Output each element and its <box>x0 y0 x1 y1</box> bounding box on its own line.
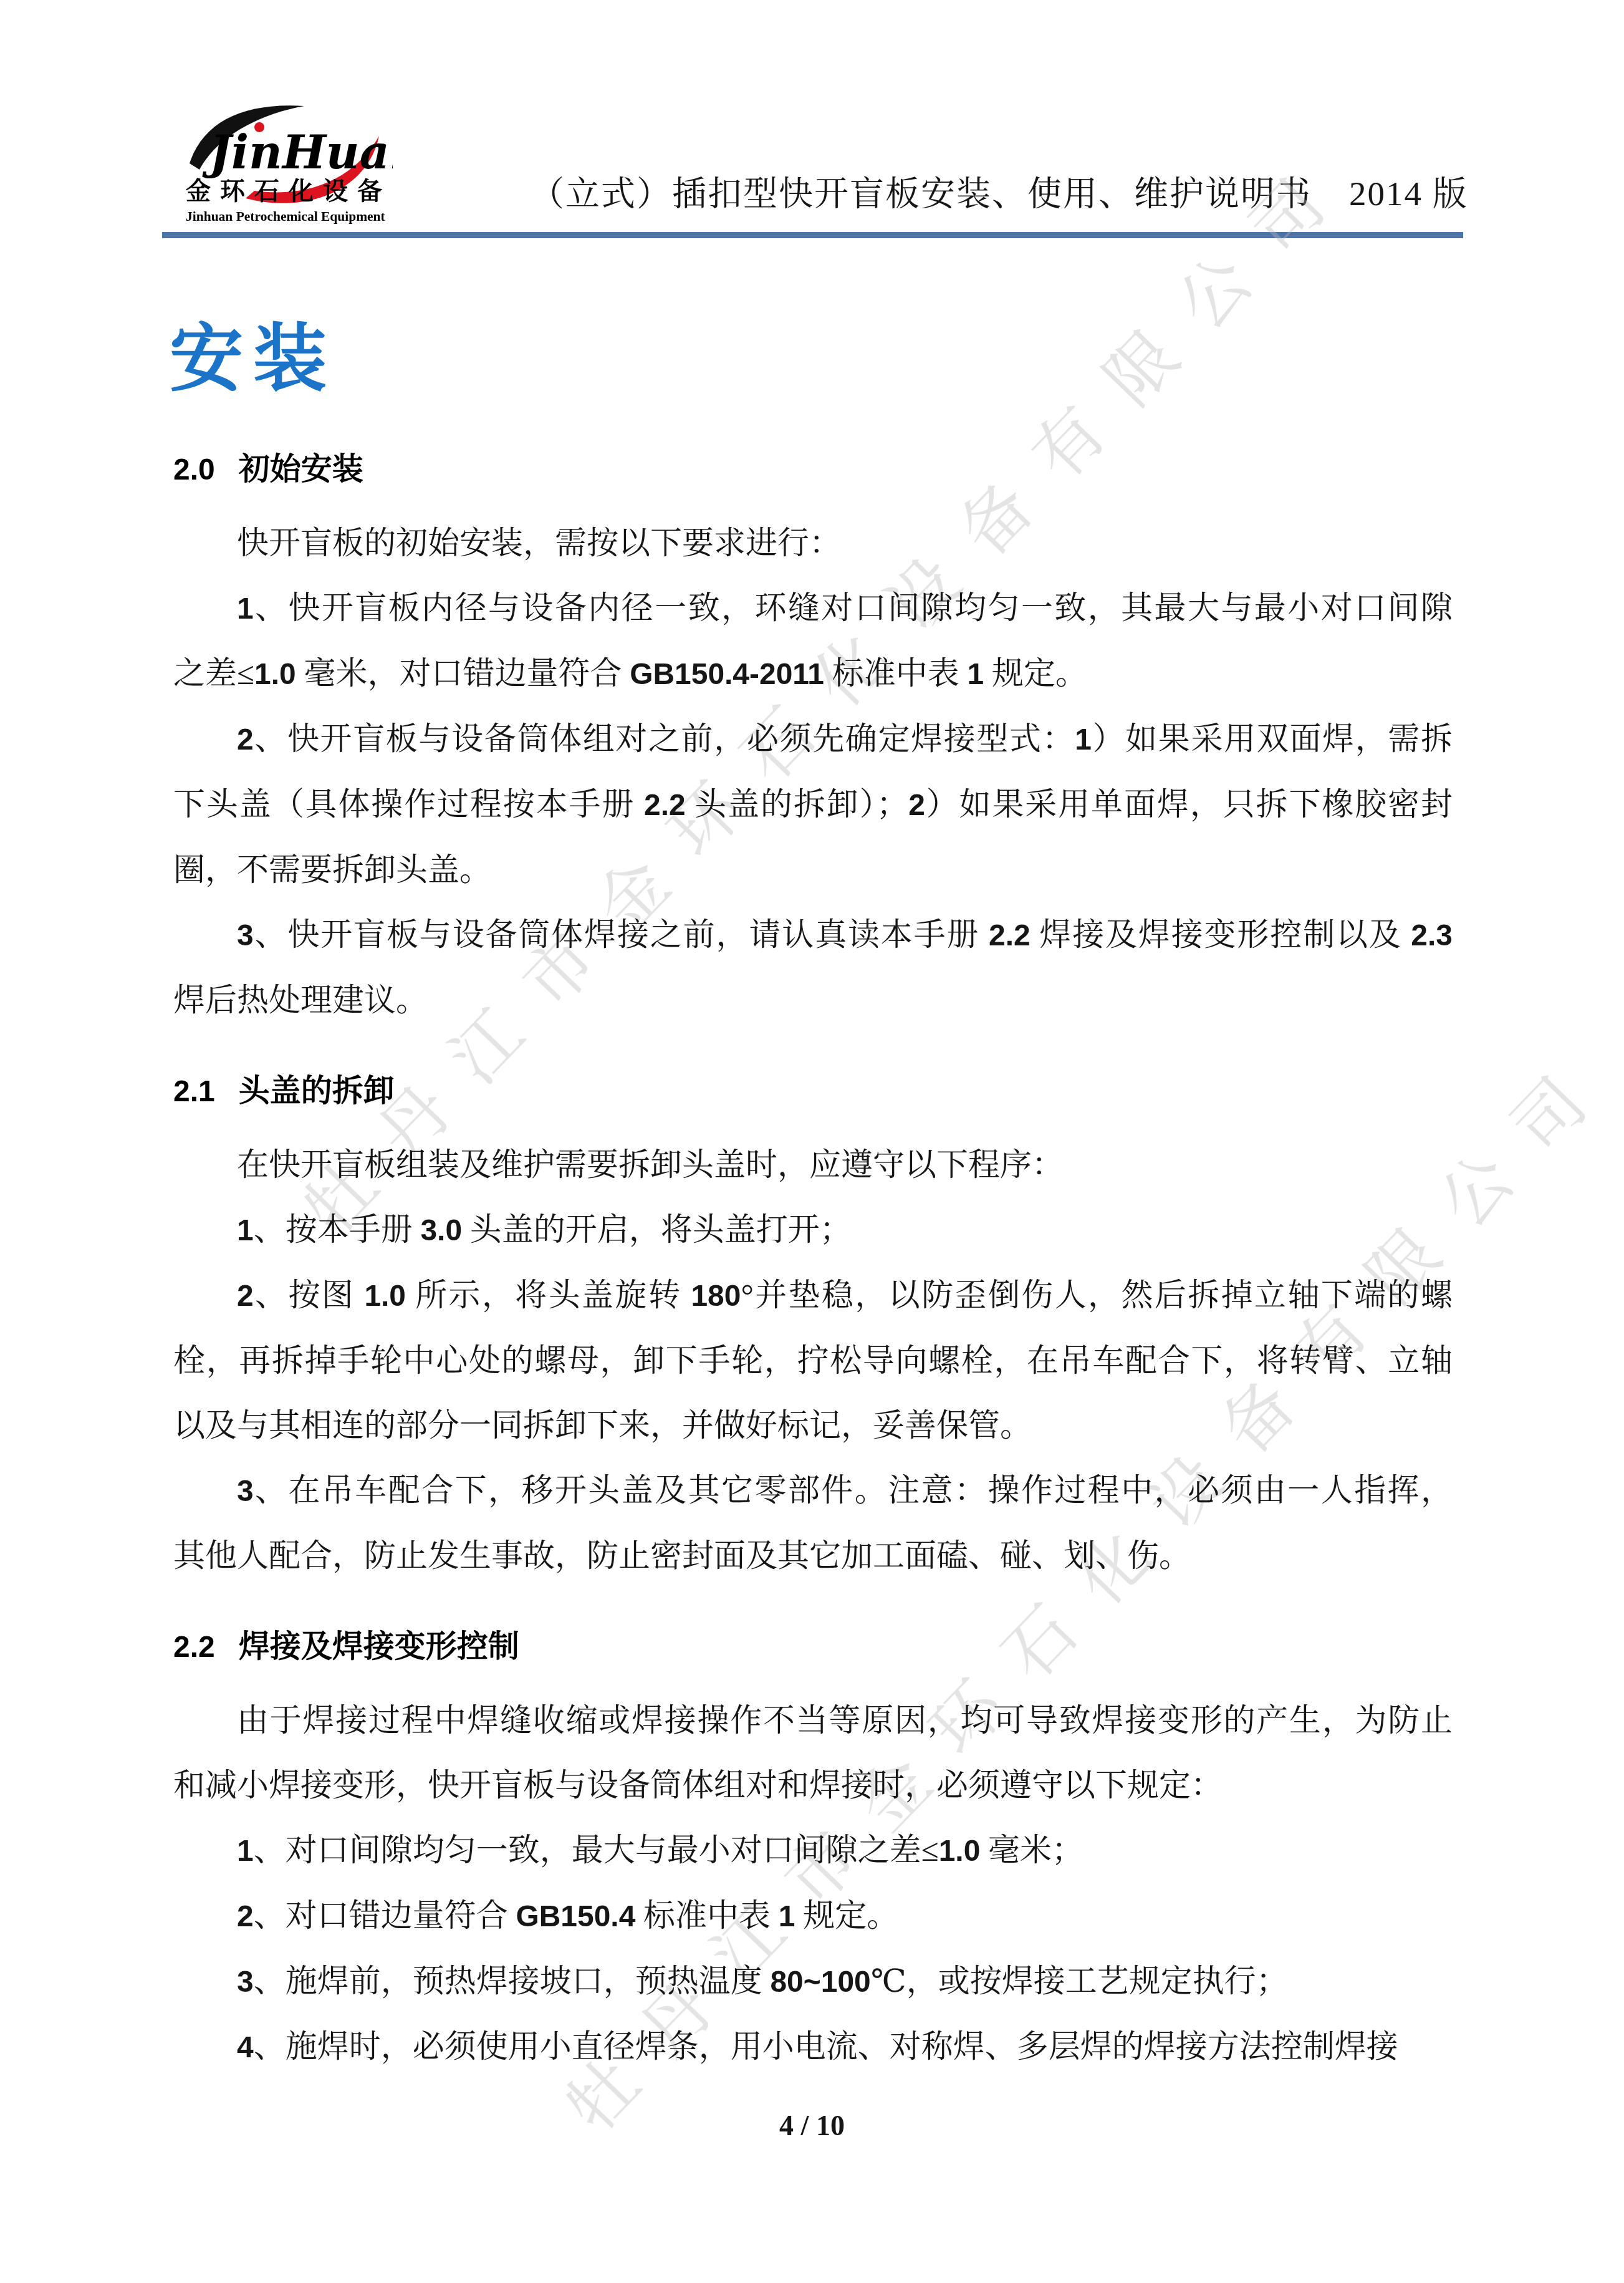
logo-graphic: JinHuan 金环石化设备 Jinhuan Petrochemical Equ… <box>181 99 393 226</box>
body-line: 和减小焊接变形，快开盲板与设备筒体组对和焊接时，必须遵守以下规定： <box>173 1754 1453 1818</box>
section-2.1: 2.1头盖的拆卸在快开盲板组装及维护需要拆卸头盖时，应遵守以下程序：1、按本手册… <box>173 1058 1453 1589</box>
section-heading: 2.2焊接及焊接变形控制 <box>173 1614 1453 1680</box>
body-line: 其他人配合，防止发生事故，防止密封面及其它加工面磕、碰、划、伤。 <box>173 1524 1453 1589</box>
body-line: 3、施焊前，预热焊接坡口，预热温度 80~100℃，或按焊接工艺规定执行； <box>173 1949 1453 2015</box>
page-number: 4 / 10 <box>0 2109 1624 2142</box>
body-line: 下头盖（具体操作过程按本手册 2.2 头盖的拆卸）；2）如果采用单面焊，只拆下橡… <box>173 773 1453 838</box>
section-title: 头盖的拆卸 <box>239 1073 395 1108</box>
logo-brand-en: Jinhuan Petrochemical Equipment <box>186 209 386 224</box>
section-number: 2.2 <box>173 1631 215 1664</box>
body-line: 2、快开盲板与设备筒体组对之前，必须先确定焊接型式：1）如果采用双面焊，需拆 <box>173 707 1453 773</box>
document-title: （立式）插扣型快开盲板安装、使用、维护说明书 <box>530 166 1312 215</box>
company-logo: JinHuan 金环石化设备 Jinhuan Petrochemical Equ… <box>181 99 393 226</box>
page-title: 安装 <box>170 316 337 404</box>
section-2.0: 2.0初始安装快开盲板的初始安装，需按以下要求进行：1、快开盲板内径与设备内径一… <box>173 437 1453 1033</box>
section-2.2: 2.2焊接及焊接变形控制由于焊接过程中焊缝收缩或焊接操作不当等原因，均可导致焊接… <box>173 1614 1453 2080</box>
body-line: 快开盲板的初始安装，需按以下要求进行： <box>173 511 1453 576</box>
body-line: 圈，不需要拆卸头盖。 <box>173 838 1453 903</box>
body-line: 2、按图 1.0 所示，将头盖旋转 180°并垫稳，以防歪倒伤人，然后拆掉立轴下… <box>173 1263 1453 1329</box>
section-title: 焊接及焊接变形控制 <box>239 1629 519 1664</box>
section-heading: 2.1头盖的拆卸 <box>173 1058 1453 1124</box>
edition-label: 2014 版 <box>1349 166 1468 215</box>
manual-body: 2.0初始安装快开盲板的初始安装，需按以下要求进行：1、快开盲板内径与设备内径一… <box>173 437 1453 2080</box>
body-line: 1、按本手册 3.0 头盖的开启，将头盖打开； <box>173 1198 1453 1263</box>
body-line: 3、快开盲板与设备筒体焊接之前，请认真读本手册 2.2 焊接及焊接变形控制以及 … <box>173 903 1453 968</box>
body-line: 焊后热处理建议。 <box>173 968 1453 1033</box>
logo-brand-cn: 金环石化设备 <box>186 177 392 205</box>
body-line: 在快开盲板组装及维护需要拆卸头盖时，应遵守以下程序： <box>173 1133 1453 1198</box>
document-header: （立式）插扣型快开盲板安装、使用、维护说明书 2014 版 <box>530 166 1464 215</box>
section-title: 初始安装 <box>239 451 363 486</box>
body-line: 2、对口错边量符合 GB150.4 标准中表 1 规定。 <box>173 1884 1453 1949</box>
manual-page: 牡丹江市金环石化设备有限公司 牡丹江市金环石化设备有限公司 JinHuan 金环… <box>0 0 1624 2283</box>
section-number: 2.1 <box>173 1075 215 1108</box>
section-number: 2.0 <box>173 453 215 486</box>
body-line: 栓，再拆掉手轮中心处的螺母，卸下手轮，拧松导向螺栓，在吊车配合下，将转臂、立轴 <box>173 1329 1453 1394</box>
body-line: 由于焊接过程中焊缝收缩或焊接操作不当等原因，均可导致焊接变形的产生，为防止 <box>173 1689 1453 1754</box>
section-heading: 2.0初始安装 <box>173 437 1453 503</box>
body-line: 1、对口间隙均匀一致，最大与最小对口间隙之差≤1.0 毫米； <box>173 1818 1453 1884</box>
body-line: 4、施焊时，必须使用小直径焊条，用小电流、对称焊、多层焊的焊接方法控制焊接 <box>173 2015 1453 2080</box>
header-rule <box>162 232 1463 238</box>
body-line: 1、快开盲板内径与设备内径一致，环缝对口间隙均匀一致，其最大与最小对口间隙 <box>173 576 1453 642</box>
body-line: 以及与其相连的部分一同拆卸下来，并做好标记，妥善保管。 <box>173 1394 1453 1459</box>
body-line: 3、在吊车配合下，移开头盖及其它零部件。注意：操作过程中，必须由一人指挥， <box>173 1459 1453 1524</box>
body-line: 之差≤1.0 毫米，对口错边量符合 GB150.4-2011 标准中表 1 规定… <box>173 642 1453 707</box>
logo-script-text: JinHuan <box>202 126 393 180</box>
